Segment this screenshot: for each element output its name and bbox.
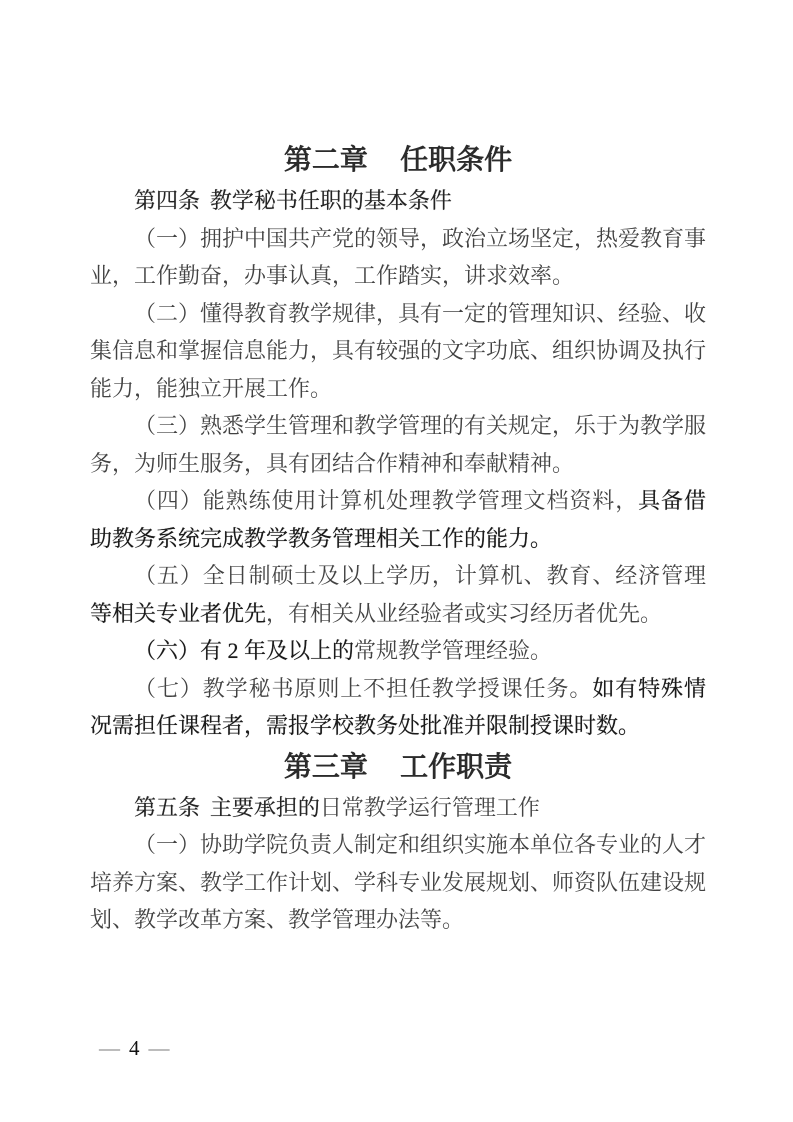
article-heading: 第四条教学秘书任职的基本条件 xyxy=(90,182,706,220)
article-title: 主要承担的 xyxy=(210,795,320,820)
document-page: 第二章任职条件 第四条教学秘书任职的基本条件 （一）拥护中国共产党的领导，政治立… xyxy=(0,0,793,1122)
clause-paragraph: （四）能熟练使用计算机处理教学管理文档资料，具备借助教务系统完成教学教务管理相关… xyxy=(90,482,706,557)
clause-paragraph: （七）教学秘书原则上不担任教学授课任务。如有特殊情况需担任课程者，需报学校教务处… xyxy=(90,670,706,745)
chapter-heading: 第二章任职条件 xyxy=(90,138,706,182)
clause-text: （五）全日制硕士及以上学历，计算机、教育、经济管理 xyxy=(134,563,706,588)
page-number: 4 xyxy=(129,1036,140,1060)
article-title: 教学秘书任职的基本条件 xyxy=(210,188,452,213)
clause-text-tail: ，有相关从业经验者或实习经历者优先。 xyxy=(266,601,662,626)
clause-text: （二）懂得教育教学规律，具有一定的管理知识、经验、收集信息和掌握信息能力，具有较… xyxy=(90,301,706,401)
chapter-title: 工作职责 xyxy=(400,751,512,782)
clause-paragraph: （六）有 2 年及以上的常规教学管理经验。 xyxy=(90,632,706,670)
clause-paragraph: （一）协助学院负责人制定和组织实施本单位各专业的人才培养方案、教学工作计划、学科… xyxy=(90,826,706,939)
clause-text: （一）拥护中国共产党的领导，政治立场坚定，热爱教育事业，工作勤奋，办事认真，工作… xyxy=(90,226,706,289)
clause-text: （一）协助学院负责人制定和组织实施本单位各专业的人才培养方案、教学工作计划、学科… xyxy=(90,832,706,932)
clause-text: （四）能熟练使用计算机处理教学管理文档资料， xyxy=(134,488,638,513)
clause-emphasis: 等相关专业者优先 xyxy=(90,601,266,626)
footer-left-dash: — xyxy=(99,1036,120,1060)
clause-paragraph: （二）懂得教育教学规律，具有一定的管理知识、经验、收集信息和掌握信息能力，具有较… xyxy=(90,295,706,408)
clause-text: （七）教学秘书原则上不担任教学授课任务。 xyxy=(134,676,592,701)
chapter-number: 第二章 xyxy=(284,144,368,175)
clause-emphasis: （六）有 2 年及以上的 xyxy=(134,638,354,663)
article-number: 第五条 xyxy=(134,795,200,820)
clause-text: （三）熟悉学生管理和教学管理的有关规定，乐于为教学服务，为师生服务，具有团结合作… xyxy=(90,413,706,476)
chapter-number: 第三章 xyxy=(284,751,368,782)
chapter-title: 任职条件 xyxy=(400,144,512,175)
article-heading: 第五条主要承担的日常教学运行管理工作 xyxy=(90,789,706,827)
article-title-suffix: 日常教学运行管理工作 xyxy=(320,795,540,820)
clause-paragraph: （一）拥护中国共产党的领导，政治立场坚定，热爱教育事业，工作勤奋，办事认真，工作… xyxy=(90,220,706,295)
page-footer: —4— xyxy=(99,1034,170,1062)
clause-text-tail: 常规教学管理经验。 xyxy=(354,638,552,663)
footer-right-dash: — xyxy=(149,1036,170,1060)
article-number: 第四条 xyxy=(134,188,200,213)
document-body: 第二章任职条件 第四条教学秘书任职的基本条件 （一）拥护中国共产党的领导，政治立… xyxy=(90,138,706,939)
clause-paragraph: （三）熟悉学生管理和教学管理的有关规定，乐于为教学服务，为师生服务，具有团结合作… xyxy=(90,407,706,482)
chapter-heading: 第三章工作职责 xyxy=(90,745,706,789)
clause-paragraph: （五）全日制硕士及以上学历，计算机、教育、经济管理等相关专业者优先，有相关从业经… xyxy=(90,557,706,632)
